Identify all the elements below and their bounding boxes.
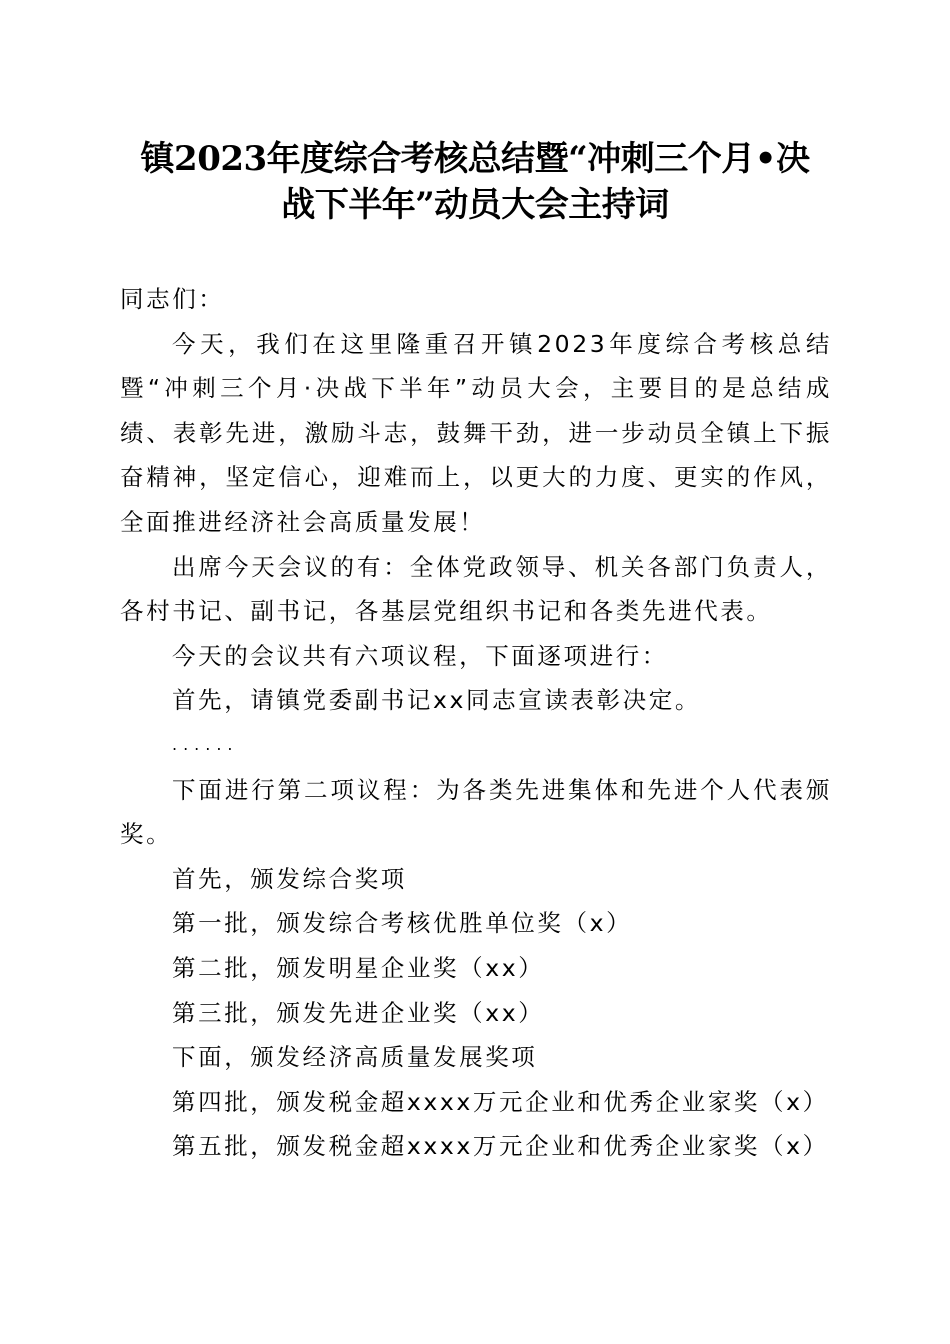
paragraph-agenda: 今天的会议共有六项议程，下面逐项进行： bbox=[120, 634, 832, 679]
title-line-2: 战下半年”动员大会主持词 bbox=[110, 182, 840, 228]
award-section-economic: 下面，颁发经济高质量发展奖项 bbox=[120, 1035, 832, 1080]
award-section-comprehensive: 首先，颁发综合奖项 bbox=[120, 857, 832, 902]
title-line-1: 镇2023年度综合考核总结暨“冲刺三个月•决 bbox=[110, 136, 840, 182]
paragraph-attendees: 出席今天会议的有：全体党政领导、机关各部门负责人，各村书记、副书记，各基层党组织… bbox=[120, 545, 832, 634]
paragraph-item-1: 首先，请镇党委副书记xx同志宣读表彰决定。 bbox=[120, 678, 832, 723]
ellipsis: ...... bbox=[120, 723, 832, 768]
paragraph-item-2: 下面进行第二项议程：为各类先进集体和先进个人代表颁奖。 bbox=[120, 768, 832, 857]
paragraph-opening: 今天，我们在这里隆重召开镇2023年度综合考核总结暨“冲刺三个月·决战下半年”动… bbox=[120, 322, 832, 545]
document-page: 镇2023年度综合考核总结暨“冲刺三个月•决 战下半年”动员大会主持词 同志们：… bbox=[0, 0, 950, 1344]
award-batch-3: 第三批，颁发先进企业奖（xx） bbox=[120, 991, 832, 1036]
award-batch-4: 第四批，颁发税金超xxxx万元企业和优秀企业家奖（x） bbox=[120, 1080, 832, 1125]
award-batch-1: 第一批，颁发综合考核优胜单位奖（x） bbox=[120, 901, 832, 946]
document-body: 同志们： 今天，我们在这里隆重召开镇2023年度综合考核总结暨“冲刺三个月·决战… bbox=[120, 277, 832, 1169]
document-title: 镇2023年度综合考核总结暨“冲刺三个月•决 战下半年”动员大会主持词 bbox=[110, 136, 840, 228]
award-batch-5: 第五批，颁发税金超xxxx万元企业和优秀企业家奖（x） bbox=[120, 1124, 832, 1169]
award-batch-2: 第二批，颁发明星企业奖（xx） bbox=[120, 946, 832, 991]
salutation: 同志们： bbox=[120, 277, 832, 322]
